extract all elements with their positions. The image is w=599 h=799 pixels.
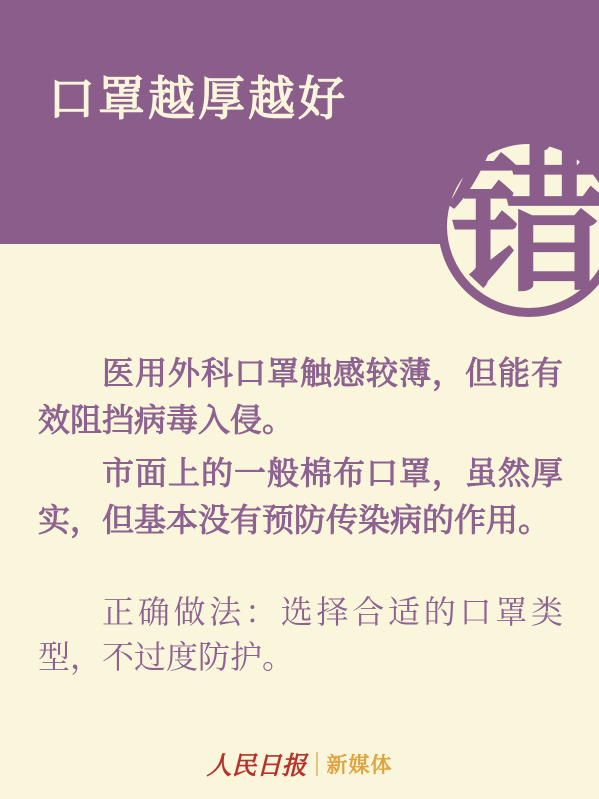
poster-title: 口罩越厚越好 xyxy=(48,62,348,129)
peoples-daily-logo: 人民日报 xyxy=(206,746,306,782)
paragraph-surgical-mask: 医用外科口罩触感较薄，但能有效阻挡病毒入侵。 xyxy=(38,350,563,444)
brand-divider xyxy=(316,752,318,776)
paragraph-cotton-mask: 市面上的一般棉布口罩，虽然厚实，但基本没有预防传染病的作用。 xyxy=(38,450,563,544)
new-media-label: 新媒体 xyxy=(327,749,393,779)
footer-brand: 人民日报 新媒体 xyxy=(0,746,599,782)
body-text-block: 医用外科口罩触感较薄，但能有效阻挡病毒入侵。 市面上的一般棉布口罩，虽然厚实，但… xyxy=(0,244,599,680)
paragraph-correct-practice: 正确做法：选择合适的口罩类型，不过度防护。 xyxy=(38,590,563,680)
poster: 口罩越厚越好 错 医用外科口罩触感较薄，但能有效阻挡病毒入侵。 市面上的一般棉布… xyxy=(0,0,599,799)
